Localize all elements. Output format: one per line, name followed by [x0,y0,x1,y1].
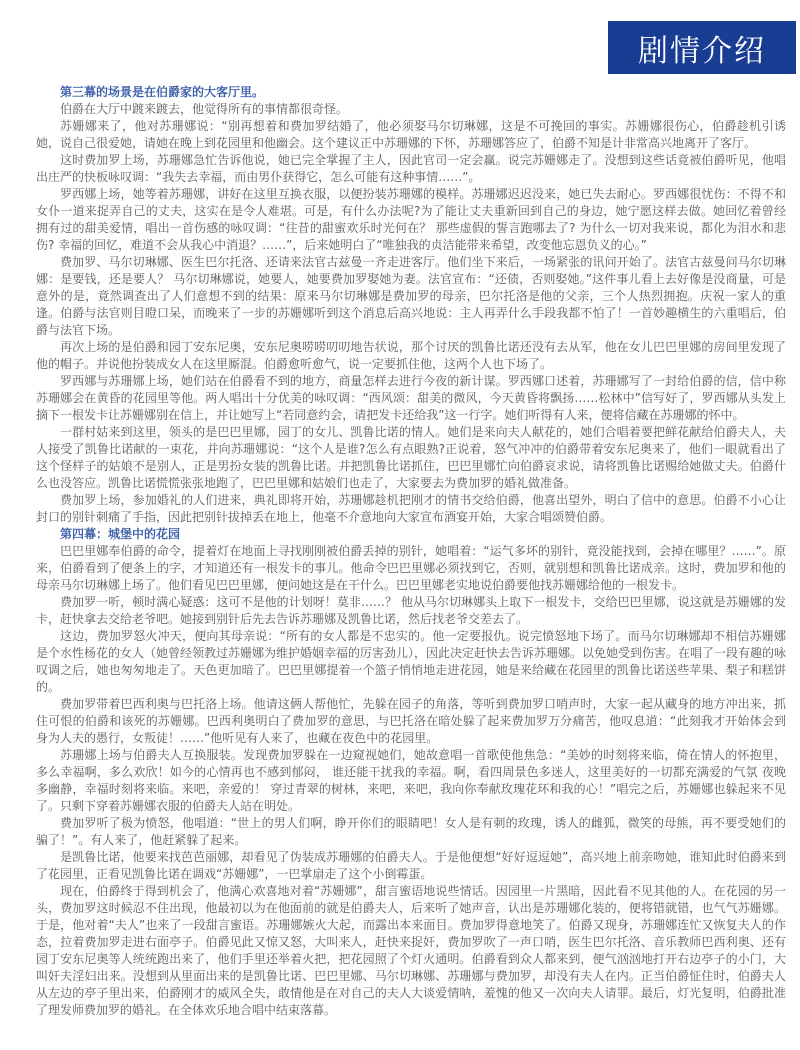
plot-paragraph: 费加罗一听，顿时满心疑惑：这可不是他的计划呀！莫非……？ 他从马尔切琳娜头上取下… [36,594,786,628]
plot-intro-banner: 剧情介绍 [608,21,796,74]
plot-paragraph: 再次上场的是伯爵和园丁安东尼奥，安东尼奥唠唠叨叨地告状说，那个讨厌的凯鲁比诺还没… [36,339,786,373]
plot-paragraph: 一群村姑来到这里，领头的是巴巴里娜，园丁的女儿、凯鲁比诺的情人。她们是来向夫人献… [36,424,786,492]
act-heading: 第四幕：城堡中的花园 [36,526,786,543]
plot-paragraph: 费加罗上场，参加婚礼的人们进来，典礼即将开始，苏珊娜趁机把刚才的情书交给伯爵，他… [36,492,786,526]
plot-paragraph: 伯爵在大厅中踱来踱去，他觉得所有的事情都很奇怪。 [36,101,786,118]
plot-paragraph: 这边，费加罗怒火冲天，便向其母亲说：“所有的女人都是不忠实的。他一定要报仇。说完… [36,628,786,696]
plot-paragraph: 罗西娜与苏珊娜上场，她们站在伯爵看不到的地方，商量怎样去进行今夜的新计谋。罗西娜… [36,373,786,424]
plot-paragraph: 巴巴里娜奉伯爵的命令，提着灯在地面上寻找刚刚被伯爵丢掉的别针，她唱着：“运气多坏… [36,543,786,594]
act-heading: 第三幕的场景是在伯爵家的大客厅里。 [36,84,786,101]
banner-title: 剧情介绍 [638,26,766,70]
plot-paragraph: 费加罗带着巴西利奥与巴托洛上场。他请这俩人帮他忙，先躲在园子的角落，等听到费加罗… [36,696,786,747]
plot-text-container: 第三幕的场景是在伯爵家的大客厅里。伯爵在大厅中踱来踱去，他觉得所有的事情都很奇怪… [36,84,786,1019]
plot-paragraph: 费加罗听了极为愤怒，他唱道：“世上的男人们啊，睁开你们的眼睛吧！女人是有刺的玫瑰… [36,815,786,849]
plot-paragraph: 罗西娜上场，她等着苏珊娜，讲好在这里互换衣服，以便扮装苏珊娜的模样。苏珊娜迟迟没… [36,186,786,254]
plot-paragraph: 苏珊娜上场与伯爵夫人互换服装。发现费加罗躲在一边窥视她们，她故意唱一首歌使他焦急… [36,747,786,815]
plot-paragraph: 费加罗、马尔切琳娜、医生巴尔托洛、还请来法官古兹曼一齐走进客厅。他们坐下来后，一… [36,254,786,339]
page: 剧情介绍 第三幕的场景是在伯爵家的大客厅里。伯爵在大厅中踱来踱去，他觉得所有的事… [0,0,800,1050]
plot-paragraph: 苏姗娜来了，他对苏珊娜说：“别再想着和费加罗结婚了，他必须娶马尔切琳娜，这是不可… [36,118,786,152]
plot-paragraph: 现在，伯爵终于得到机会了，他满心欢喜地对着“苏姗娜”，甜言蜜语地说些情话。因园里… [36,883,786,1019]
plot-paragraph: 是凯鲁比诺，他要来找芭芭丽娜，却看见了伪装成苏珊娜的伯爵夫人。于是他便想“好好逗… [36,849,786,883]
plot-paragraph: 这时费加罗上场，苏珊娜急忙告诉他说，她已完全掌握了主人，因此官司一定会赢。说完苏… [36,152,786,186]
